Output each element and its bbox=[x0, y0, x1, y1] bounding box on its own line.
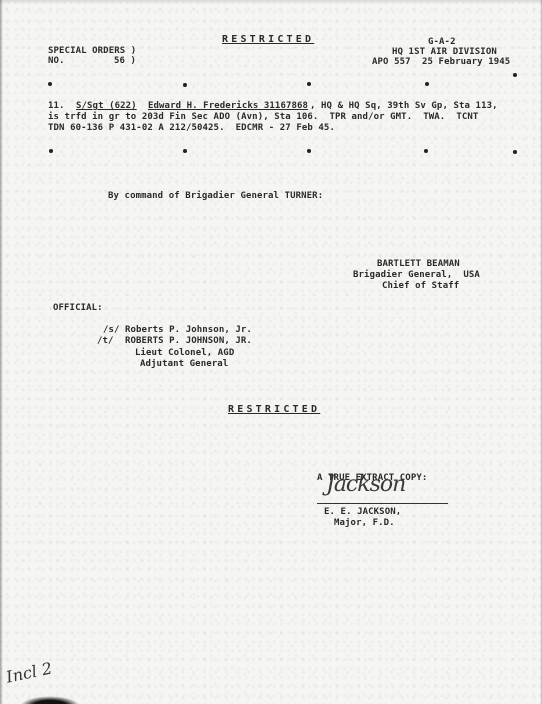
scan-edge-top bbox=[0, 0, 542, 4]
separator-dot bbox=[183, 149, 187, 153]
order-line-3: TDN 60-136 P 431-02 A 212/50425. EDCMR -… bbox=[48, 123, 335, 133]
order-number: 56 ) bbox=[114, 56, 136, 66]
separator-dot bbox=[307, 82, 311, 86]
official-rank: Lieut Colonel, AGD bbox=[135, 348, 234, 358]
special-orders-label: SPECIAL ORDERS ) bbox=[48, 46, 136, 56]
classification-footer: RESTRICTED bbox=[228, 405, 320, 415]
command-line: By command of Brigadier General TURNER: bbox=[108, 191, 323, 201]
apo-number: APO 557 bbox=[372, 57, 411, 67]
separator-dot bbox=[513, 150, 517, 154]
order-line-2: is trfd in gr to 203d Fin Sec ADO (Avn),… bbox=[48, 112, 478, 122]
signature-line bbox=[317, 503, 448, 504]
soldier-name-serial: Edward H. Fredericks 31167868 bbox=[148, 101, 308, 111]
order-line-1-rest: , HQ & HQ Sq, 39th Sv Gp, Sta 113, bbox=[310, 101, 498, 111]
separator-dot bbox=[425, 82, 429, 86]
separator-dot bbox=[307, 149, 311, 153]
certifier-rank: Major, F.D. bbox=[334, 518, 395, 528]
typed-name: ROBERTS P. JOHNSON, JR. bbox=[125, 336, 252, 346]
separator-dot bbox=[48, 82, 52, 86]
document-page: RESTRICTED SPECIAL ORDERS ) NO. 56 ) G-A… bbox=[0, 0, 542, 704]
classification-header: RESTRICTED bbox=[222, 35, 314, 45]
scan-smudge bbox=[20, 696, 80, 704]
separator-dot bbox=[424, 149, 428, 153]
separator-dot bbox=[183, 83, 187, 87]
certifier-name: E. E. JACKSON, bbox=[324, 507, 401, 517]
number-label: NO. bbox=[48, 56, 65, 66]
rank-grade: S/Sgt (622) bbox=[76, 101, 137, 111]
order-date: 25 February 1945 bbox=[422, 57, 510, 67]
chief-of-staff-title: Chief of Staff bbox=[382, 281, 459, 291]
margin-note: Incl 2 bbox=[5, 663, 53, 682]
paragraph-number: 11. bbox=[48, 101, 65, 111]
scan-edge-left bbox=[0, 0, 3, 704]
chief-of-staff-name: BARTLETT BEAMAN bbox=[377, 259, 460, 269]
signed-prefix: /s/ bbox=[103, 325, 120, 335]
unit-name: HQ 1ST AIR DIVISION bbox=[392, 47, 497, 57]
section-code: G-A-2 bbox=[428, 37, 456, 47]
official-title: Adjutant General bbox=[140, 359, 228, 369]
chief-of-staff-rank: Brigadier General, USA bbox=[353, 270, 480, 280]
separator-dot bbox=[513, 73, 517, 77]
separator-dot bbox=[49, 149, 53, 153]
certifier-signature: Jackson bbox=[326, 480, 405, 490]
typed-prefix: /t/ bbox=[97, 336, 114, 346]
official-label: OFFICIAL: bbox=[53, 303, 103, 313]
signed-name: Roberts P. Johnson, Jr. bbox=[125, 325, 252, 335]
